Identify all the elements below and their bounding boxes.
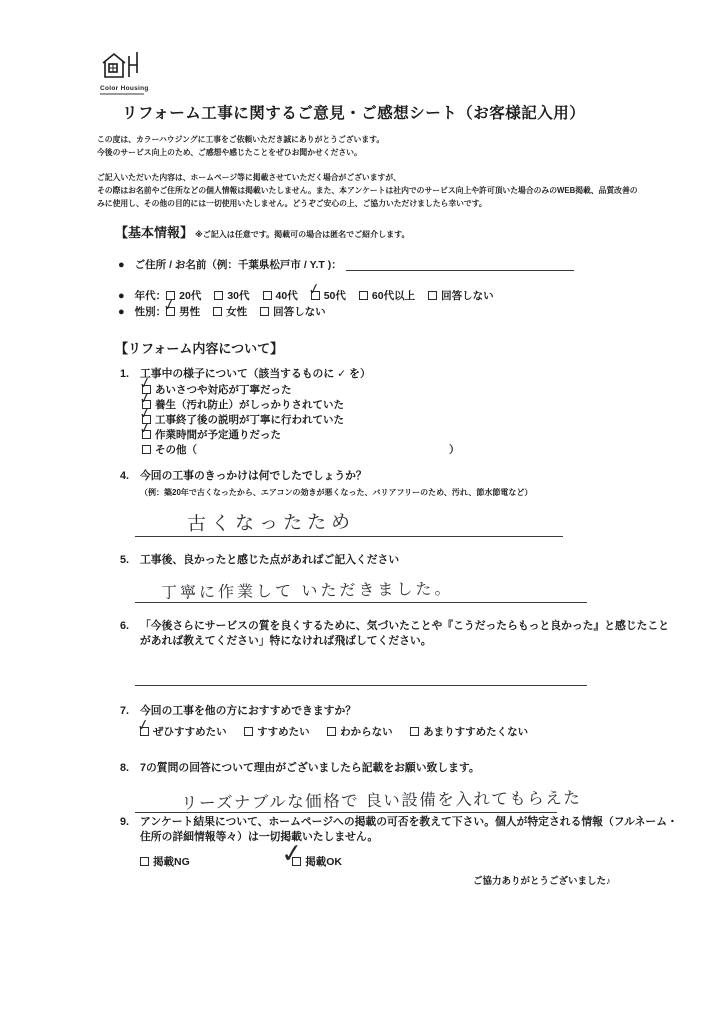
question-number: 5. <box>120 553 140 568</box>
checkbox-icon: ✓ <box>311 291 320 300</box>
privacy-paragraph: ご記入いただいた内容は、ホームページ等に掲載させていただく場合がございますが、 … <box>97 171 638 210</box>
section-note: ※ご記入は任意です。掲載可の場合は匿名でご紹介します。 <box>195 230 410 239</box>
checkbox-label: 20代 <box>179 288 201 303</box>
question-text-line2: 住所の詳細情報等々）は一切掲載いたしません。 <box>140 830 678 845</box>
checkbox-label: 60代以上 <box>372 288 415 303</box>
checkbox-label: わからない <box>340 724 393 739</box>
answer-line[interactable]: 丁寧に作業して いただきました。 <box>135 570 587 603</box>
scanned-feedback-sheet: { "logo": { "brand": "Color Housing" }, … <box>0 0 724 1024</box>
logo-tagline <box>100 93 144 95</box>
gender-label: 性別： <box>135 304 167 319</box>
question-text: 今回の工事を他の方におすすめできますか？ <box>140 704 356 719</box>
bullet-icon: ● <box>118 259 125 271</box>
checkbox-icon: ✓ <box>327 727 336 736</box>
checkbox-label: 女性 <box>226 304 247 319</box>
question-number: 6. <box>120 619 140 634</box>
question-text: 工事中の様子について（該当するものに ✓ を） <box>140 367 371 382</box>
basic-info-heading: 【基本情報】※ご記入は任意です。掲載可の場合は匿名でご紹介します。 <box>115 222 410 242</box>
checkbox-publish-ng[interactable]: ✓掲載NG <box>140 854 190 869</box>
question-text: 工事後、良かったと感じた点があればご記入ください <box>140 553 399 568</box>
checkbox-label: 工事終了後の説明が丁寧に行われていた <box>155 412 344 427</box>
check-mark-icon: ✓ <box>136 717 151 734</box>
checkbox-gender-female[interactable]: ✓女性 <box>213 304 247 319</box>
handwritten-answer: 古くなったため <box>187 507 355 536</box>
question-number: 1. <box>120 367 140 382</box>
gender-row: ● 性別： ✓男性 ✓女性 ✓回答しない <box>118 304 339 319</box>
checkbox-age-30s[interactable]: ✓30代 <box>214 288 249 303</box>
checkbox-age-50s[interactable]: ✓50代 <box>311 288 346 303</box>
question-6: 6. 「今後さらにサービスの質を良くするために、気づいたことや『こうだったらもっ… <box>120 619 669 686</box>
question-number: 8. <box>120 761 140 776</box>
checkbox-unsure[interactable]: ✓わからない <box>327 724 393 739</box>
question-1: 1.工事中の様子について（該当するものに ✓ を） ✓あいさつや対応が丁寧だった… <box>120 367 460 459</box>
publish-permission-row: ✓掲載NG ✓掲載OK <box>140 853 355 871</box>
brand-name: Color Housing <box>100 85 170 92</box>
checkbox-icon: ✓ <box>244 727 253 736</box>
checkbox-icon: ✓ <box>260 307 269 316</box>
checkbox-label: すすめたい <box>257 724 310 739</box>
privacy-line: その際はお名前やご住所などの個人情報は掲載いたしません。また、本アンケートは社内… <box>97 184 638 197</box>
example-text: （例：築20年で古くなったから、エアコンの効きが悪くなった、バリアフリーのため、… <box>140 487 563 498</box>
checkbox-not-recommend[interactable]: ✓あまりすすめたくない <box>410 724 528 739</box>
company-logo: Color Housing <box>100 50 170 95</box>
checkbox-label: ぜひすすめたい <box>153 724 227 739</box>
question-4: 4.今回の工事のきっかけは何でしたでしょうか？ （例：築20年で古くなったから、… <box>120 469 563 537</box>
question-text: 7の質問の回答について理由がございましたら記載をお願い致します。 <box>140 761 480 776</box>
checkbox-icon: ✓ <box>213 307 222 316</box>
bullet-icon: ● <box>118 306 125 318</box>
other-close-paren: ） <box>449 442 460 457</box>
checkbox-icon: ✓ <box>410 727 419 736</box>
address-label: ご住所 / お名前（例：千葉県松戸市 / Y.T )： <box>135 257 342 272</box>
checkbox-gender-male[interactable]: ✓男性 <box>166 304 200 319</box>
checkbox-label: 男性 <box>179 304 200 319</box>
handwritten-answer: リーズナブルな価格で 良い設備を入れてもらえた <box>181 784 582 814</box>
handwritten-answer: 丁寧に作業して いただきました。 <box>161 576 454 603</box>
checkbox-icon: ✓ <box>292 857 301 866</box>
page-title: リフォーム工事に関するご意見・ご感想シート（お客様記入用） <box>122 101 585 123</box>
checkbox-gender-noanswer[interactable]: ✓回答しない <box>260 304 326 319</box>
checkbox-icon: ✓ <box>263 291 272 300</box>
checkbox-icon: ✓ <box>142 445 151 454</box>
answer-line[interactable]: 古くなったため <box>135 498 563 537</box>
question-text-line2: があれば教えてください」特になければ飛ばしてください。 <box>140 634 669 649</box>
checkbox-explanation-polite[interactable]: ✓工事終了後の説明が丁寧に行われていた <box>142 414 460 425</box>
checkbox-icon: ✓ <box>142 430 151 439</box>
checkbox-label: 作業時間が予定通りだった <box>155 427 281 442</box>
checkbox-icon: ✓ <box>140 857 149 866</box>
checkbox-label: 50代 <box>324 288 346 303</box>
section-title: 【基本情報】 <box>115 225 193 240</box>
reform-section-heading: 【リフォーム内容について】 <box>115 338 283 357</box>
checkbox-age-60plus[interactable]: ✓60代以上 <box>359 288 415 303</box>
checkbox-label: 養生（汚れ防止）がしっかりされていた <box>155 397 344 412</box>
house-logo-icon <box>100 50 142 84</box>
intro-line: この度は、カラーハウジングに工事をご依頼いただき誠にありがとうございます。 <box>97 133 384 146</box>
question-text: 今回の工事のきっかけは何でしたでしょうか？ <box>140 469 367 484</box>
age-row: ● 年代： ✓20代 ✓30代 ✓40代 ✓50代 ✓60代以上 ✓回答しない <box>118 288 507 303</box>
checkbox-label: 30代 <box>227 288 249 303</box>
privacy-line: ご記入いただいた内容は、ホームページ等に掲載させていただく場合がございますが、 <box>97 171 638 184</box>
checkbox-icon: ✓ <box>166 307 175 316</box>
checkbox-recommend[interactable]: ✓すすめたい <box>244 724 310 739</box>
checkbox-age-noanswer[interactable]: ✓回答しない <box>428 288 494 303</box>
checkbox-age-40s[interactable]: ✓40代 <box>263 288 298 303</box>
bullet-icon: ● <box>118 290 125 302</box>
checkbox-schedule-ontime[interactable]: ✓作業時間が予定通りだった <box>142 429 460 440</box>
checkbox-label: 掲載NG <box>153 854 190 869</box>
checkbox-recommend-strongly[interactable]: ✓ぜひすすめたい <box>140 724 227 739</box>
checkbox-protection-good[interactable]: ✓養生（汚れ防止）がしっかりされていた <box>142 399 460 410</box>
check-mark-icon: ✓ <box>306 281 321 298</box>
checkbox-icon: ✓ <box>359 291 368 300</box>
checkbox-publish-ok[interactable]: ✓掲載OK <box>292 854 342 869</box>
checkbox-label: 回答しない <box>273 304 326 319</box>
question-number: 4. <box>120 469 140 484</box>
privacy-line: みに使用し、その他の目的には一切使用いたしません。どうぞご安心の上、ご協力いただ… <box>97 197 638 210</box>
question-text-line1: アンケート結果について、ホームページへの掲載の可否を教えて下さい。個人が特定され… <box>140 815 678 830</box>
closing-thanks: ご協力ありがとうございました♪ <box>473 873 611 887</box>
checkbox-label: 40代 <box>276 288 298 303</box>
checkbox-label: 掲載OK <box>305 854 342 869</box>
check-mark-icon: ✓ <box>280 839 304 867</box>
checkbox-icon: ✓ <box>214 291 223 300</box>
checkbox-greeting-polite[interactable]: ✓あいさつや対応が丁寧だった <box>142 384 460 395</box>
intro-line: 今後のサービス向上のため、ご感想や感じたことをぜひお聞かせください。 <box>97 146 384 159</box>
checkbox-label: あいさつや対応が丁寧だった <box>155 382 292 397</box>
question-8: 8.7の質問の回答について理由がございましたら記載をお願い致します。 リーズナブ… <box>120 761 557 813</box>
address-row: ● ご住所 / お名前（例：千葉県松戸市 / Y.T )： <box>118 257 574 272</box>
question-text-line1: 「今後さらにサービスの質を良くするために、気づいたことや『こうだったらもっと良か… <box>140 619 669 634</box>
checkbox-icon: ✓ <box>428 291 437 300</box>
answer-line[interactable]: リーズナブルな価格で 良い設備を入れてもらえた <box>135 777 557 813</box>
intro-paragraph: この度は、カラーハウジングに工事をご依頼いただき誠にありがとうございます。 今後… <box>97 133 384 159</box>
checkbox-label: 回答しない <box>441 288 494 303</box>
checkbox-other[interactable]: ✓その他（） <box>142 444 460 455</box>
question-7: 7.今回の工事を他の方におすすめできますか？ ✓ぜひすすめたい ✓すすめたい ✓… <box>120 704 541 741</box>
question-number: 7. <box>120 704 140 719</box>
answer-line[interactable] <box>135 679 587 686</box>
checkbox-label: あまりすすめたくない <box>423 724 528 739</box>
question-9: 9. アンケート結果について、ホームページへの掲載の可否を教えて下さい。個人が特… <box>120 815 678 845</box>
checkbox-icon: ✓ <box>140 727 149 736</box>
checkbox-label: その他（ <box>155 442 197 457</box>
question-5: 5.工事後、良かったと感じた点があればご記入ください 丁寧に作業して いただきま… <box>120 553 587 603</box>
address-input[interactable] <box>346 259 574 271</box>
question-number: 9. <box>120 815 140 830</box>
